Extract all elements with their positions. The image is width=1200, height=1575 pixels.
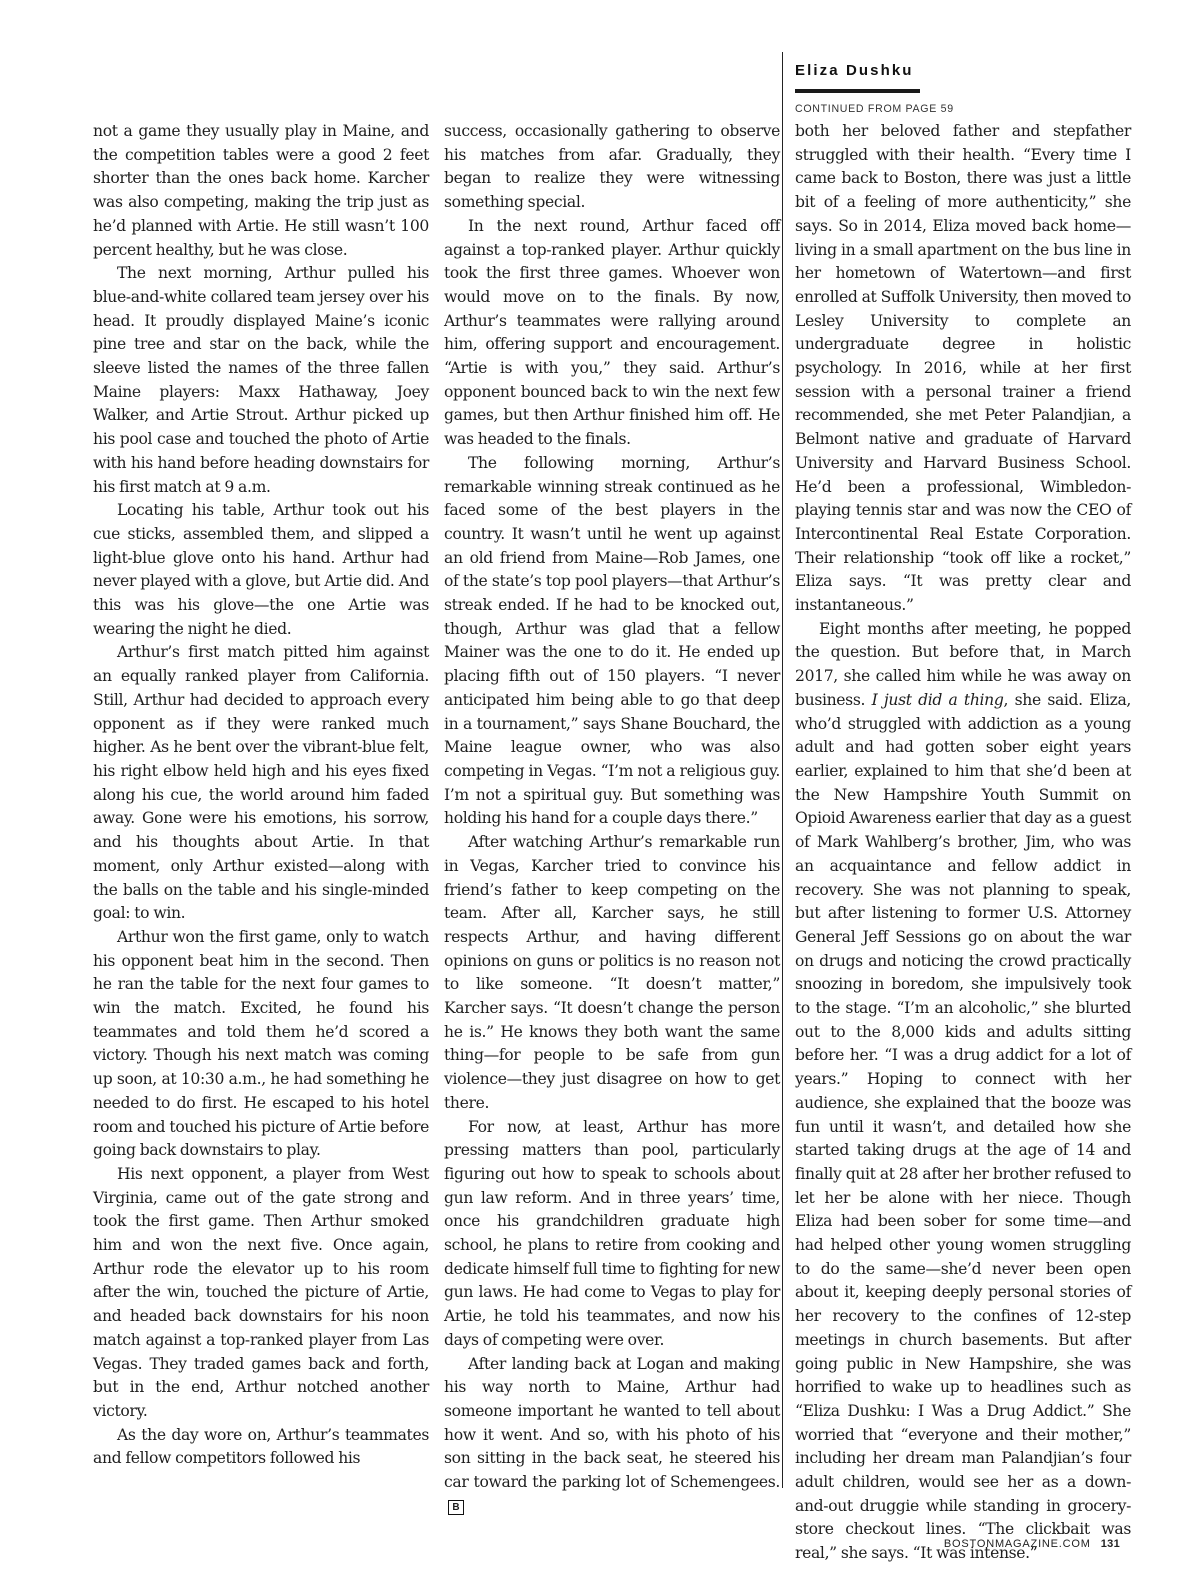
paragraph: In the next round, Arthur faced off agai… — [444, 215, 780, 452]
paragraph: Arthur won the first game, only to watch… — [93, 926, 429, 1163]
paragraph: both her beloved father and stepfather s… — [795, 120, 1131, 618]
paragraph: Arthur’s first match pitted him against … — [93, 641, 429, 925]
paragraph-text: , she said. Eliza, who’d struggled with … — [795, 691, 1131, 1562]
article-column-2: success, occasionally gathering to obser… — [444, 120, 780, 1518]
paragraph: After watching Arthur’s remarkable run i… — [444, 831, 780, 1115]
column-divider-rule — [782, 52, 783, 1488]
last-paragraph: After landing back at Logan and making h… — [444, 1353, 780, 1519]
italic-phrase: I just did a thing — [872, 691, 1004, 709]
continued-from-label: CONTINUED FROM PAGE 59 — [795, 103, 954, 115]
paragraph: For now, at least, Arthur has more press… — [444, 1116, 780, 1353]
paragraph: The following morning, Arthur’s remarkab… — [444, 452, 780, 831]
sidebar-title: Eliza Dushku — [795, 62, 920, 79]
paragraph: success, occasionally gathering to obser… — [444, 120, 780, 215]
page-footer: BOSTONMAGAZINE.COM131 — [944, 1538, 1120, 1550]
sidebar-article-column: both her beloved father and stepfather s… — [795, 120, 1131, 1566]
paragraph: Locating his table, Arthur took out his … — [93, 499, 429, 641]
sidebar-header: Eliza Dushku — [795, 62, 920, 93]
paragraph: The next morning, Arthur pulled his blue… — [93, 262, 429, 499]
paragraph: not a game they usually play in Maine, a… — [93, 120, 429, 262]
footer-site-url: BOSTONMAGAZINE.COM — [944, 1538, 1091, 1550]
end-mark-icon: B — [448, 1500, 464, 1515]
paragraph-text: After landing back at Logan and making h… — [444, 1355, 780, 1492]
paragraph: As the day wore on, Arthur’s teammates a… — [93, 1424, 429, 1471]
paragraph: His next opponent, a player from West Vi… — [93, 1163, 429, 1424]
article-column-1: not a game they usually play in Maine, a… — [93, 120, 429, 1471]
page-number: 131 — [1101, 1538, 1120, 1550]
sidebar-title-underline — [795, 89, 920, 93]
paragraph: Eight months after meeting, he popped th… — [795, 618, 1131, 1566]
